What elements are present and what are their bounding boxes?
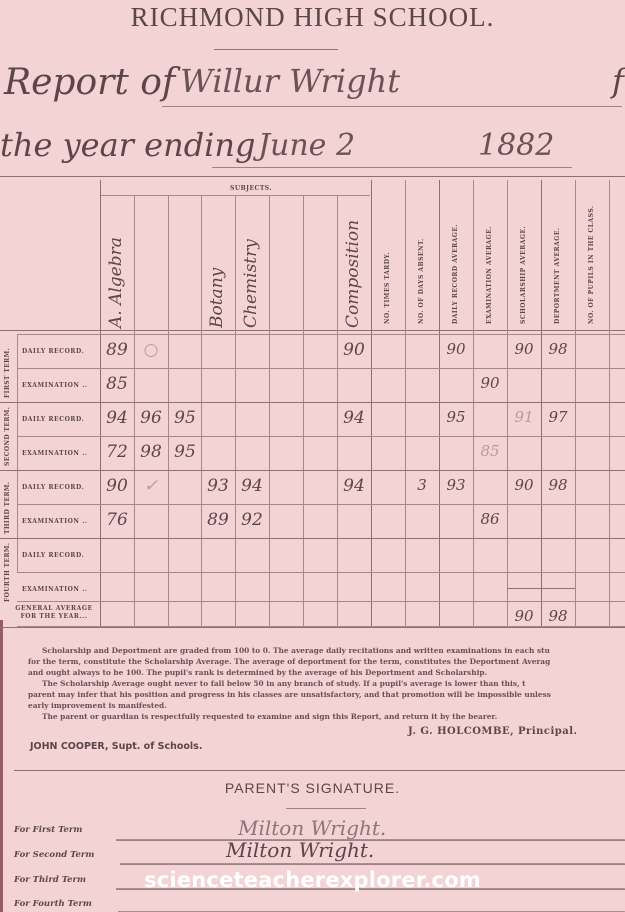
grade-cell: 94 bbox=[100, 408, 134, 428]
grade-cell: 98 bbox=[134, 442, 168, 462]
row-label: EXAMINATION .. bbox=[22, 586, 88, 593]
second-term-label: For Second Term bbox=[14, 850, 94, 860]
stat-header: DAILY RECORD AVERAGE. bbox=[452, 188, 459, 324]
grade-cell: 95 bbox=[168, 442, 202, 462]
row-label: EXAMINATION .. bbox=[22, 518, 88, 525]
second-term-signature: Milton Wright. bbox=[226, 838, 374, 862]
note-line: early improvement is manifested. bbox=[28, 700, 625, 711]
row-label: DAILY RECORD. bbox=[22, 484, 84, 491]
note-line: The Scholarship Average ought never to f… bbox=[28, 678, 625, 689]
subject-header: Chemistry bbox=[241, 200, 261, 328]
row-rule bbox=[17, 572, 625, 573]
stat-header: DEPORTMENT AVERAGE. bbox=[554, 188, 561, 324]
report-label: Report of bbox=[4, 62, 175, 103]
note-line: for the term, constitute the Scholarship… bbox=[28, 656, 625, 667]
term-column-rule bbox=[17, 334, 18, 572]
grade-cell: 96 bbox=[134, 408, 168, 428]
grade-cell: 89 bbox=[201, 510, 235, 530]
grade-cell: ✓ bbox=[134, 476, 168, 496]
term-label: THIRD TERM. bbox=[4, 474, 11, 534]
stat-cell: 90 bbox=[507, 476, 541, 494]
header-bottom-rule bbox=[0, 330, 625, 331]
grade-cell: 92 bbox=[235, 510, 269, 530]
stat-header: NO. TIMES TARDY. bbox=[384, 188, 391, 324]
principal-signature: J. G. HOLCOMBE, Principal. bbox=[408, 726, 578, 737]
grade-cell: 76 bbox=[100, 510, 134, 530]
stat-cell: 90 bbox=[507, 340, 541, 358]
row-rule bbox=[17, 436, 625, 437]
stat-cell: 97 bbox=[541, 408, 575, 426]
grade-cell: 95 bbox=[168, 408, 202, 428]
stat-cell: 98 bbox=[541, 340, 575, 358]
grade-cell: 94 bbox=[337, 476, 371, 496]
column-rule bbox=[100, 180, 101, 627]
column-rule bbox=[609, 180, 610, 627]
row-label: DAILY RECORD. bbox=[22, 416, 84, 423]
stat-cell: 85 bbox=[473, 442, 507, 460]
row-rule bbox=[17, 601, 625, 602]
table-top-rule bbox=[0, 176, 625, 177]
stat-cell: 95 bbox=[439, 408, 473, 426]
stat-header: EXAMINATION AVERAGE. bbox=[486, 188, 493, 324]
column-rule bbox=[269, 195, 270, 627]
column-rule bbox=[303, 195, 304, 627]
fourth-term-label: For Fourth Term bbox=[14, 899, 92, 909]
subject-header: A. Algebra bbox=[106, 200, 126, 328]
stat-header: NO. OF PUPILS IN THE CLASS. bbox=[588, 188, 595, 324]
row-label: EXAMINATION .. bbox=[22, 382, 88, 389]
subject-header: Botany bbox=[207, 200, 227, 328]
row-rule bbox=[17, 626, 625, 627]
term-rule bbox=[0, 470, 625, 471]
grade-cell: 94 bbox=[337, 408, 371, 428]
grade-cell: 93 bbox=[201, 476, 235, 496]
term-label: FOURTH TERM. bbox=[4, 542, 11, 602]
grading-notes: Scholarship and Deportment are graded fr… bbox=[28, 645, 625, 722]
section-divider bbox=[14, 770, 625, 771]
stat-cell: 86 bbox=[473, 510, 507, 528]
average-total-rule bbox=[507, 588, 575, 589]
parent-title-rule bbox=[286, 808, 366, 809]
school-title: RICHMOND HIGH SCHOOL. bbox=[0, 2, 625, 33]
grade-cell: 94 bbox=[235, 476, 269, 496]
note-line: and ought always to be 100. The pupil's … bbox=[28, 667, 625, 678]
year-number: 1882 bbox=[478, 128, 554, 163]
stat-cell: 90 bbox=[507, 607, 541, 625]
stat-cell: 98 bbox=[541, 607, 575, 625]
stat-cell: 98 bbox=[541, 476, 575, 494]
student-name: Willur Wright bbox=[180, 62, 400, 100]
stat-cell: 93 bbox=[439, 476, 473, 494]
grade-cell: ○ bbox=[134, 340, 168, 360]
stat-cell: 91 bbox=[507, 408, 541, 426]
column-rule bbox=[439, 180, 440, 627]
grade-cell: 89 bbox=[100, 340, 134, 360]
parent-signature-title: PARENT'S SIGNATURE. bbox=[0, 780, 625, 796]
column-rule bbox=[235, 195, 236, 627]
row-label: GENERAL AVERAGE FOR THE YEAR... bbox=[8, 605, 100, 621]
row-label: DAILY RECORD. bbox=[22, 348, 84, 355]
term-label: SECOND TERM. bbox=[4, 406, 11, 466]
grade-cell: 85 bbox=[100, 374, 134, 394]
subjects-heading: SUBJECTS. bbox=[230, 185, 272, 192]
name-line bbox=[162, 106, 622, 107]
column-rule bbox=[507, 180, 508, 627]
report-suffix: f bbox=[612, 62, 624, 100]
row-rule bbox=[17, 504, 625, 505]
year-date: June 2 bbox=[258, 128, 355, 163]
stat-cell: 3 bbox=[405, 476, 439, 494]
grade-cell: 90 bbox=[100, 476, 134, 496]
column-rule bbox=[575, 180, 576, 627]
term-rule bbox=[0, 538, 625, 539]
stat-header: SCHOLARSHIP AVERAGE. bbox=[520, 188, 527, 324]
year-label: the year ending bbox=[0, 126, 256, 164]
stat-header: NO. OF DAYS ABSENT. bbox=[418, 188, 425, 324]
row-rule bbox=[17, 368, 625, 369]
row-label: EXAMINATION .. bbox=[22, 450, 88, 457]
term-label: FIRST TERM. bbox=[4, 338, 11, 398]
term-rule bbox=[0, 402, 625, 403]
row-rule bbox=[17, 334, 625, 335]
first-term-label: For First Term bbox=[14, 825, 82, 835]
column-rule bbox=[405, 180, 406, 627]
grade-cell: 72 bbox=[100, 442, 134, 462]
note-line: Scholarship and Deportment are graded fr… bbox=[28, 645, 625, 656]
stat-cell: 90 bbox=[439, 340, 473, 358]
note-line: The parent or guardian is respectfully r… bbox=[28, 711, 625, 722]
column-rule bbox=[473, 180, 474, 627]
stat-cell: 90 bbox=[473, 374, 507, 392]
superintendent-signature: JOHN COOPER, Supt. of Schools. bbox=[30, 741, 202, 752]
second-term-line bbox=[120, 863, 625, 865]
table-bottom-rule bbox=[0, 627, 625, 628]
year-line bbox=[212, 167, 572, 168]
column-rule bbox=[541, 180, 542, 627]
column-rule bbox=[371, 180, 372, 627]
watermark: scienceteacherexplorer.com bbox=[0, 868, 625, 892]
note-line: parent may infer that his position and p… bbox=[28, 689, 625, 700]
subject-header: Composition bbox=[343, 200, 363, 328]
grade-cell: 90 bbox=[337, 340, 371, 360]
first-term-signature: Milton Wright. bbox=[238, 816, 386, 840]
row-label: DAILY RECORD. bbox=[22, 552, 84, 559]
title-divider bbox=[214, 49, 338, 50]
